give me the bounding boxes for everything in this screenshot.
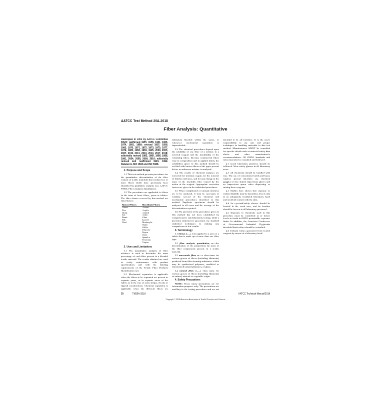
document-title: Fiber Analysis: Quantitative — [121, 126, 270, 132]
copyright-line: Copyright © 2018 American Association of… — [121, 299, 270, 301]
fiber-cell — [122, 241, 142, 243]
section-1-heading: 1. Purpose and Scope — [121, 169, 168, 172]
paragraph-2-3: 2.3 The chemical procedures depend upon … — [172, 148, 219, 171]
method-number-header: AATCC Test Method 20A-2018 — [121, 119, 168, 123]
paragraph-2-5: 2.5 When complicated or unusual mixtures… — [172, 190, 219, 210]
section-2-heading: 2. Uses and Limitations — [121, 245, 168, 248]
section-4-heading: 4. Safety Precautions — [172, 279, 219, 282]
paragraph-4-3: 4.3 Studies have shown that exposure to … — [223, 190, 270, 202]
body-columns: Developed in 1952 by AATCC Committee RA2… — [121, 138, 270, 291]
page-content: AATCC Test Method 20A-2018 Fiber Analysi… — [121, 119, 270, 303]
paragraph-4-6: 4.6 Exhaust fumes generated from heated … — [223, 229, 270, 235]
section-3-heading: 3. Terminology — [172, 229, 219, 232]
page-footer: 20TM20A-2018 AATCC Technical Manual/2018 — [121, 293, 270, 296]
paragraph-4-5: 4.5 Exposure to chemicals used in this p… — [223, 211, 270, 228]
footer-manual-name: AATCC Technical Manual/2018 — [238, 293, 270, 296]
fiber-class-table: Natural Fibers Man-Made Fibers CottonAce… — [122, 203, 167, 243]
paragraph-2-4: 2.4 The results of chemical analyses are… — [172, 172, 219, 189]
paragraph-4-4: 4.4 An eyewash/safety shower should be l… — [223, 202, 270, 211]
paragraph-2-1: 2.1 The quantitative analysis of fiber m… — [121, 249, 168, 272]
footer-method-id: TM20A-2018 — [132, 293, 145, 296]
paragraph-2-6: 2.6 The precision of the procedures give… — [172, 211, 219, 228]
terminology-entry-man-made-fiber: 3.3 man-made fiber, n.—a class name for … — [172, 254, 219, 268]
fiber-cell: Vinyon — [142, 241, 167, 243]
terminology-entry-blend: 3.1 blend, n.—a term applied to a yarn o… — [172, 232, 219, 241]
footer-page-number: 20 — [121, 293, 124, 296]
document-page: AATCC Test Method 20A-2018 Fiber Analysi… — [0, 0, 368, 420]
development-history-note: Developed in 1952 by AATCC Committee RA2… — [121, 138, 168, 166]
terminology-entry-natural-fiber: 3.4 natural fiber, n.—a class name for v… — [172, 269, 219, 278]
paragraph-1-1: 1.1 This test method presents procedures… — [121, 173, 168, 190]
paragraph-4-1: 4.1 Good laboratory practices should be … — [223, 162, 270, 171]
term-definition: a class name for various genera of fiber… — [172, 254, 219, 268]
paragraph-1-2: 1.2 The procedures are applicable to fib… — [121, 191, 168, 203]
table-row: Vinyon — [122, 241, 167, 243]
paragraph-4-2: 4.2 All chemicals should be handled with… — [223, 172, 270, 189]
terminology-entry-fiber-analysis: 3.2 fiber analysis, quantitative, n.—the… — [172, 242, 219, 254]
